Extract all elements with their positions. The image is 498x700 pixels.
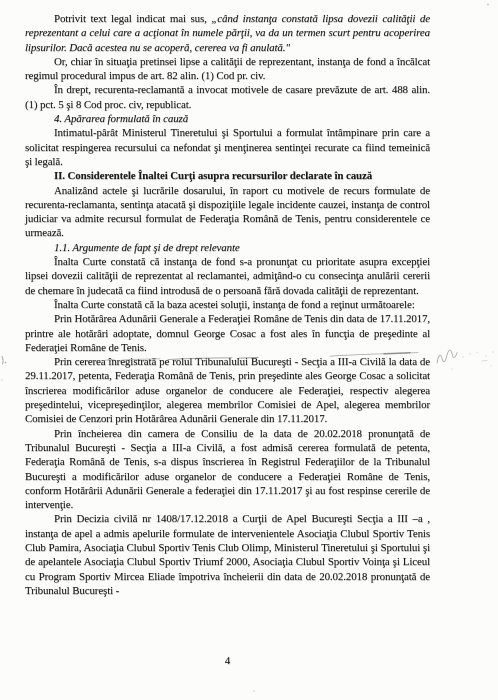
para-inalta-curte-solutie: Înalta Curte constată că la baza acestei… <box>25 298 430 312</box>
para-decizia-civila: Prin Decizia civilă nr 1408/17.12.2018 a… <box>25 512 430 598</box>
para-analizand-actele: Analizând actele şi lucrările dosarului,… <box>25 184 430 241</box>
para-cererea-inregistrata: Prin cererea înregistrată pe rolul Tribu… <box>25 355 430 426</box>
document-body: Potrivit text legal indicat mai sus, „câ… <box>25 12 430 598</box>
page-number: 4 <box>25 655 430 667</box>
heading-apararea-formulata: 4. Apărarea formulată în cauză <box>25 112 430 126</box>
scanned-document-page: Potrivit text legal indicat mai sus, „câ… <box>0 0 498 700</box>
heading-argumente-fapt-drept: 1.1. Argumente de fapt şi de drept relev… <box>25 241 430 255</box>
para-or-chiar: Or, chiar în situaţia pretinsei lipse a … <box>25 55 430 84</box>
para-legal-quote-intro: Potrivit text legal indicat mai sus, <box>54 13 211 25</box>
para-intimatul-parat: Intimatul-pârât Ministerul Tineretului ş… <box>25 126 430 169</box>
margin-pen-tick-mark <box>2 357 6 365</box>
para-legal-quote: Potrivit text legal indicat mai sus, „câ… <box>25 12 430 55</box>
heading-considerentele-inaltei-curti: II. Considerentele Înaltei Curţi asupra … <box>25 169 430 183</box>
para-in-drept: În drept, recurenta-reclamantă a invocat… <box>25 83 430 112</box>
para-inalta-curte-prioritate: Înalta Curte constată că instanţa de fon… <box>25 255 430 298</box>
para-hotararea-adunarii-generale: Prin Hotărârea Adunării Generale a Feder… <box>25 312 430 355</box>
para-incheierea-camera-consiliu: Prin încheierea din camera de Consiliu d… <box>25 427 430 513</box>
